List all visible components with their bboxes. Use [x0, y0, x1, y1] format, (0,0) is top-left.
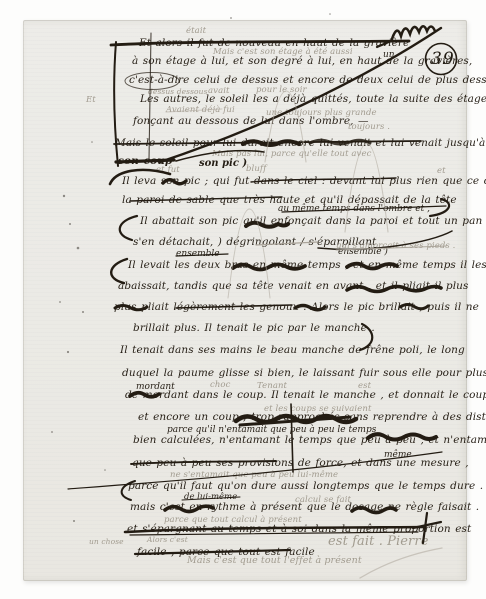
manuscript-line: parce qu'il faut qu'on dure aussi longte…: [128, 480, 483, 493]
manuscript-line: Il abattait son pic qu'il enfonçait dans…: [140, 215, 482, 228]
ink-annotation: au même temps dans l'ombre et ,: [278, 204, 430, 215]
pencil-annotation: et: [437, 166, 446, 176]
pencil-annotation: et fut: [156, 165, 180, 175]
pencil-annotation: une toujours plus grande: [266, 108, 377, 118]
pencil-annotation: était: [186, 26, 206, 36]
manuscript-line: que peu à peu ses provisions de force, e…: [132, 457, 469, 470]
pencil-annotation: toujours .: [348, 122, 390, 132]
manuscript-line: Il leva son pic ; qui fut dans le ciel :…: [122, 175, 486, 188]
manuscript-line: plus pliait légèrement les genoux . Alor…: [114, 301, 479, 314]
ink-annotation: de lui-même: [184, 492, 237, 503]
pencil-annotation: bluff: [246, 164, 266, 174]
manuscript-photo: Et alors il fut de nouveau en haut de la…: [0, 0, 486, 599]
manuscript-line: Il levait les deux bras en même temps , …: [128, 259, 486, 272]
pencil-annotation: Tenant: [257, 381, 287, 391]
pencil-annotation: Mais c'est que tout l'effet à présent: [187, 556, 362, 566]
pencil-annotation: et les coups se suivaient: [264, 404, 371, 414]
pencil-annotation: pour le soir: [256, 85, 307, 95]
pencil-annotation: calcul se fait: [295, 495, 351, 505]
manuscript-line: de mordant dans le coup. Il tenait le ma…: [125, 389, 486, 402]
pencil-annotation: avait: [208, 86, 230, 96]
pencil-annotation: Mais c'est son étage à été aussi: [213, 47, 353, 57]
ink-annotation: mordant: [136, 382, 175, 393]
pencil-annotation: Alors c'est: [147, 535, 188, 545]
ink-annotation: ensemble: [176, 249, 220, 260]
pencil-annotation: dessus dessous: [148, 87, 208, 97]
pencil-annotation: choc: [210, 380, 231, 390]
ink-annotation: son pic ): [199, 158, 247, 169]
manuscript-line: abaissait, tandis que sa tête venait en …: [118, 280, 469, 293]
pencil-annotation: est: [358, 381, 371, 391]
ink-annotation: un: [383, 50, 395, 61]
pencil-annotation: est fait . Pierre: [328, 537, 428, 547]
ink-annotation: parce qu'il n'entamait que peu à peu le …: [167, 425, 376, 436]
ink-annotation: même: [384, 450, 412, 461]
pencil-annotation: Avaient déjà fui: [166, 105, 235, 115]
pencil-annotation: Et: [86, 95, 96, 105]
manuscript-line: duquel la paume glisse si bien, le laiss…: [122, 367, 486, 380]
manuscript-line: Il tenait dans ses mains le beau manche …: [120, 344, 465, 357]
manuscript-line: brillait plus. Il tenait le pic par le m…: [133, 322, 375, 335]
ink-annotation: ensemble ): [338, 247, 388, 258]
page-number: 39: [431, 49, 455, 69]
pencil-annotation: parce que tout calcul à présent: [164, 515, 302, 525]
pencil-annotation: ne s'entamait que peu à peu lui-même: [170, 470, 338, 480]
manuscript-line: c'est-à-dire celui de dessus et encore d…: [129, 74, 486, 87]
pencil-annotation: un chose: [89, 537, 124, 547]
